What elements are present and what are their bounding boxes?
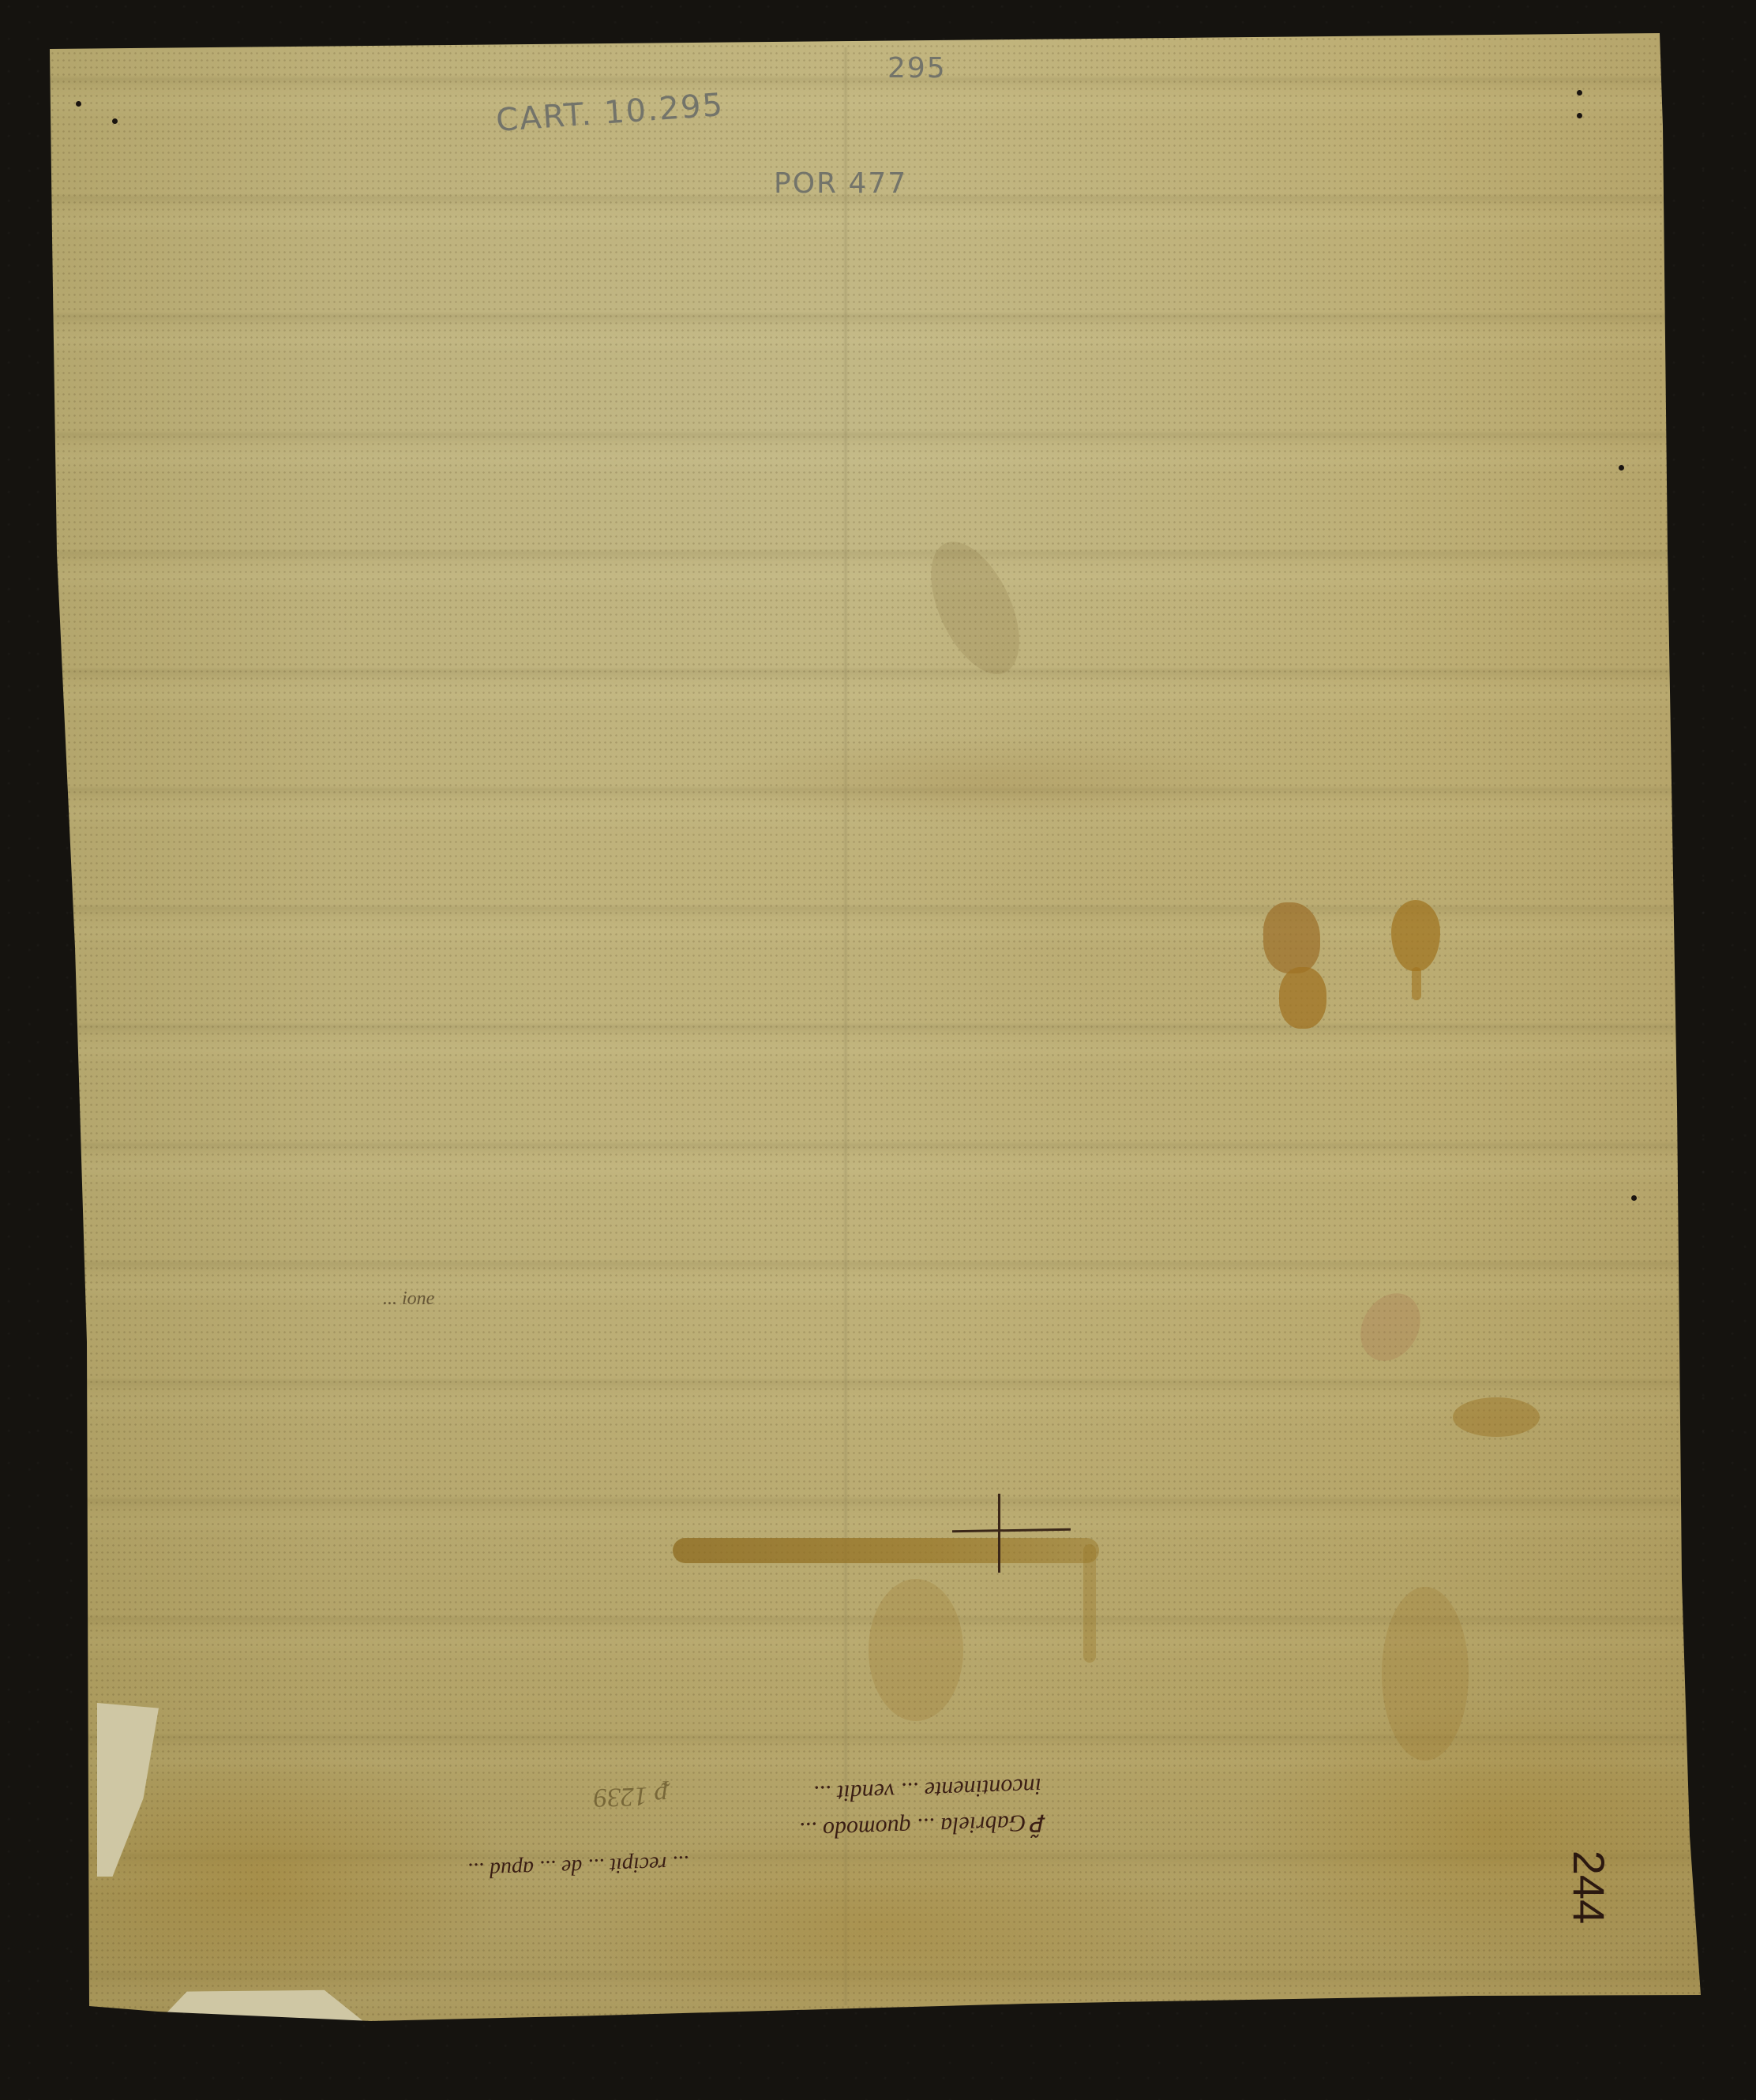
pinhole: [1619, 465, 1624, 471]
parchment-sheet: CART. 10.295 295 POR 477 ... ione ᵱ 1239…: [0, 0, 1756, 2100]
pinhole: [76, 101, 81, 107]
foliation-number: 244: [1563, 1851, 1615, 1924]
pencil-reference: POR 477: [774, 167, 907, 200]
endorsement-date: ᵱ 1239: [593, 1779, 668, 1812]
pinhole: [112, 118, 118, 124]
cross-mark-vertical: [998, 1494, 1000, 1573]
horizontal-smear: [673, 1538, 1099, 1563]
stain-lower-right: [1382, 1587, 1469, 1761]
pinhole: [1577, 90, 1582, 96]
pinhole: [1631, 1195, 1637, 1201]
water-stain-teardrop: [1391, 900, 1440, 971]
stain-drip: [1083, 1544, 1096, 1663]
water-stain-left-lower: [1279, 967, 1326, 1029]
foxing-band: [711, 734, 1263, 829]
pinhole: [1577, 113, 1582, 118]
pencil-number: 295: [887, 52, 947, 84]
stain-right-cluster: [1453, 1397, 1540, 1437]
water-stain-teardrop-tail: [1412, 967, 1421, 1000]
water-stain-left: [1263, 902, 1320, 973]
dorsal-note: ... ione: [383, 1288, 434, 1310]
stain-lower-mid: [869, 1579, 963, 1721]
